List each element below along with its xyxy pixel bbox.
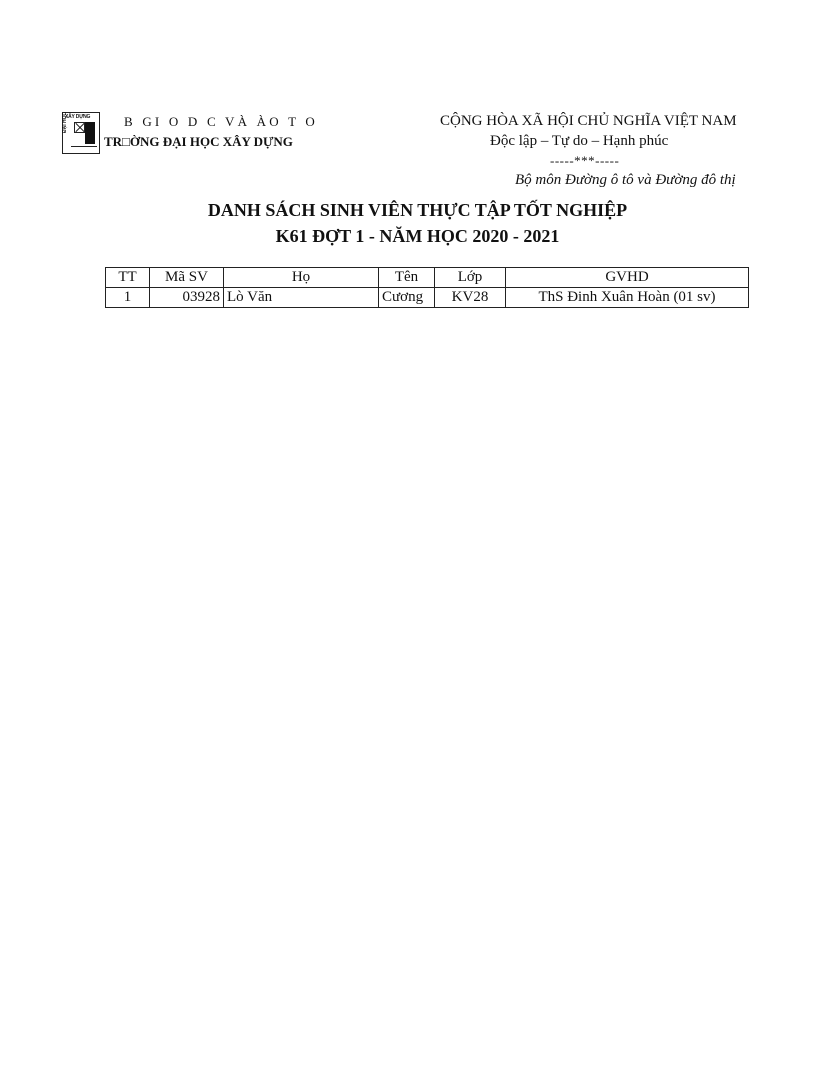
header-supervisor: GVHD — [506, 268, 749, 288]
department-name: Bộ môn Đường ô tô và Đường đô thị — [515, 172, 736, 189]
student-list-table: TT Mã SV Họ Tên Lớp GVHD 1 03928 Lò Văn … — [105, 267, 749, 308]
document-subtitle: K61 ĐỢT 1 - NĂM HỌC 2020 - 2021 — [0, 226, 835, 247]
cell-tt: 1 — [106, 288, 150, 308]
header-tt: TT — [106, 268, 150, 288]
header-last-name: Họ — [224, 268, 379, 288]
table-header-row: TT Mã SV Họ Tên Lớp GVHD — [106, 268, 749, 288]
header-student-id: Mã SV — [150, 268, 224, 288]
country-name: CỘNG HÒA XÃ HỘI CHỦ NGHĨA VIỆT NAM — [440, 113, 737, 130]
cell-class: KV28 — [435, 288, 506, 308]
logo-base-line — [71, 146, 97, 147]
cell-first-name: Cương — [379, 288, 435, 308]
logo-block-icon — [85, 122, 95, 144]
table-row: 1 03928 Lò Văn Cương KV28 ThS Đinh Xuân … — [106, 288, 749, 308]
cell-last-name: Lò Văn — [224, 288, 379, 308]
document-title: DANH SÁCH SINH VIÊN THỰC TẬP TỐT NGHIỆP — [0, 200, 835, 221]
university-name: TR□ỜNG ĐẠI HỌC XÂY DỰNG — [104, 134, 293, 150]
ministry-name: B GI O D C VÀ ÀO T O — [124, 114, 318, 130]
logo-top-text: XÂY DỰNG — [65, 114, 90, 120]
logo-grid-icon — [74, 122, 85, 133]
cell-supervisor: ThS Đinh Xuân Hoàn (01 sv) — [506, 288, 749, 308]
national-motto: Độc lập – Tự do – Hạnh phúc — [490, 133, 668, 150]
university-logo: XÂY DỰNG ĐẠI HỌC — [62, 112, 100, 154]
cell-student-id: 03928 — [150, 288, 224, 308]
header-first-name: Tên — [379, 268, 435, 288]
header-separator: -----***----- — [550, 153, 619, 169]
header-class: Lớp — [435, 268, 506, 288]
logo-side-text: ĐẠI HỌC — [62, 112, 68, 133]
